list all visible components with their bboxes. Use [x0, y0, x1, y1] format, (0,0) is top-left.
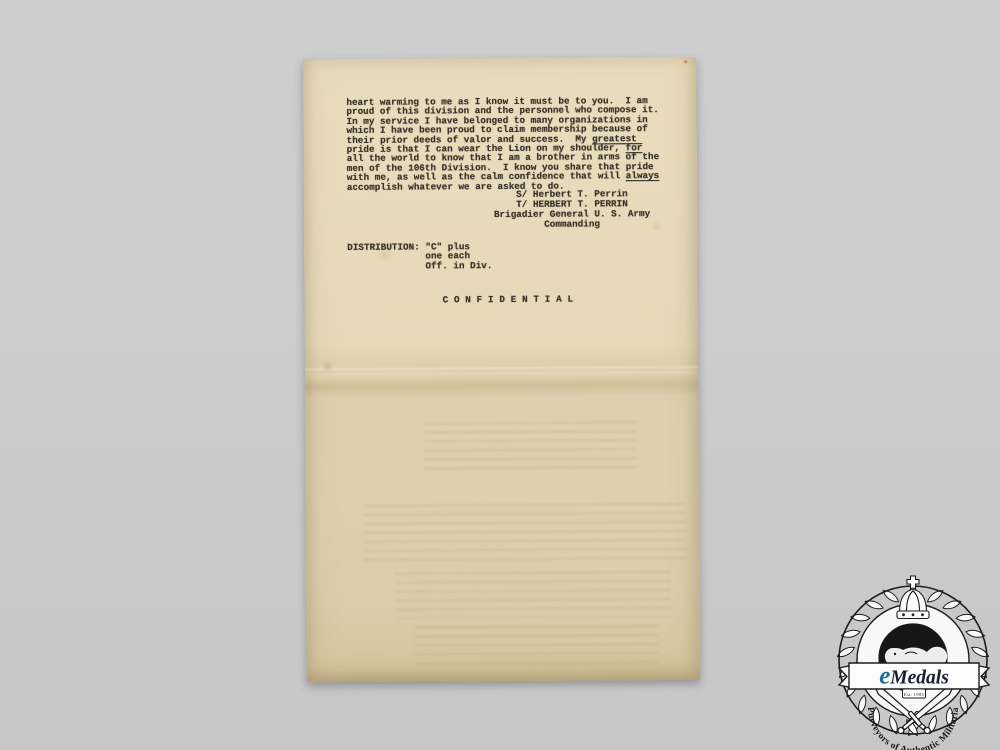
brand-text-medals: Medals	[889, 668, 949, 689]
underlined-text: always	[626, 170, 660, 181]
document-paper: heart warming to me as I know it must be…	[303, 57, 700, 682]
bleed-through-text	[364, 503, 686, 561]
paper-stain	[649, 222, 663, 231]
est-text: Est. 1983	[904, 692, 924, 697]
paper-stain	[323, 359, 333, 373]
fold-crease	[305, 366, 698, 373]
signature-line: Commanding	[472, 219, 672, 230]
brand-wordmark: eMedals	[879, 663, 949, 690]
emedals-watermark-logo: Purveyors of Authentic Militaria	[813, 556, 1000, 750]
signature-block: S/ Herbert T. PerrinT/ HERBERT T. PERRIN…	[472, 189, 672, 230]
brand-text-e: e	[879, 663, 890, 690]
paper-stain	[374, 249, 396, 261]
classification-stamp: C O N F I D E N T I A L	[443, 294, 574, 306]
crown-icon	[897, 576, 929, 619]
bleed-through-text	[394, 571, 670, 619]
photo-background: heart warming to me as I know it must be…	[0, 0, 1000, 750]
letter-body: heart warming to me as I know it must be…	[346, 96, 659, 192]
distribution-line: Off. in Div.	[347, 261, 492, 271]
emedals-crest: Purveyors of Authentic Militaria	[813, 556, 1000, 750]
paper-stain	[683, 60, 688, 64]
bleed-through-text	[423, 421, 637, 472]
distribution-block: DISTRIBUTION: "C" plus one each Off. in …	[347, 242, 492, 271]
bleed-through-text	[415, 625, 659, 664]
